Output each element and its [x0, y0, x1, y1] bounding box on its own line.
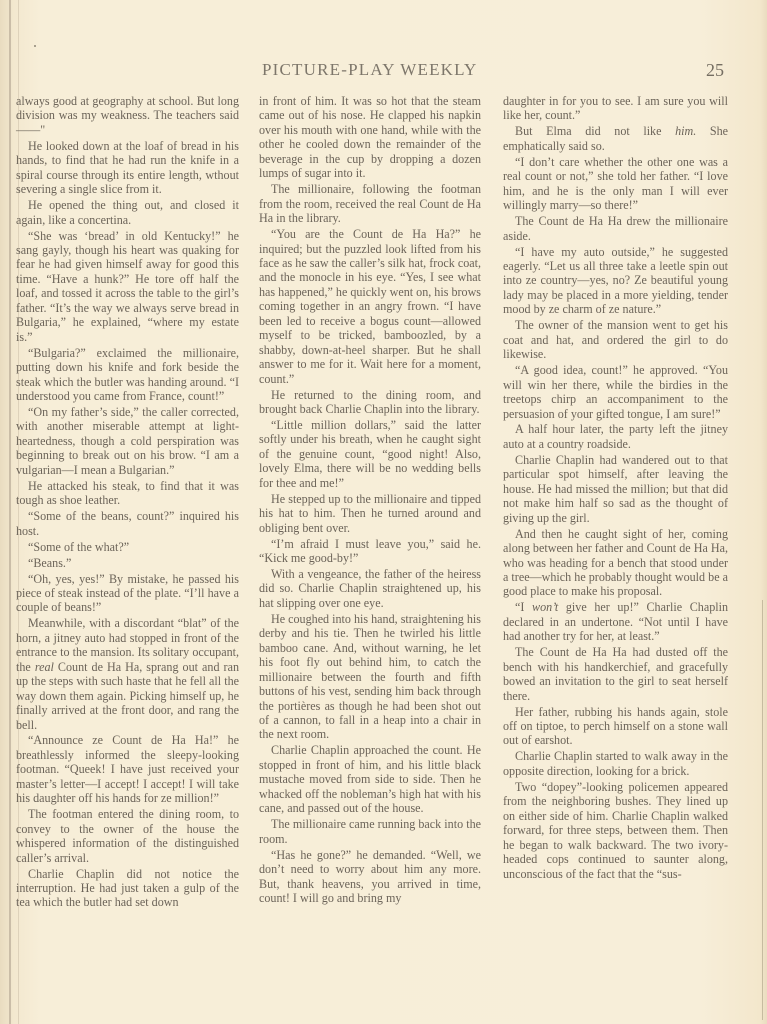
paragraph: “A good idea, count!” he approved. “You … — [503, 363, 728, 421]
paragraph: “Little million dollars,” said the latte… — [259, 418, 481, 490]
paragraph: He opened the thing out, and closed it a… — [16, 198, 239, 227]
paragraph: The millionaire came running back into t… — [259, 817, 481, 846]
paragraph: “On my father’s side,” the caller correc… — [16, 405, 239, 477]
paragraph: “Beans.” — [16, 556, 239, 570]
emphasis-text: him. — [675, 124, 696, 138]
paragraph-text: “I don’t care whether the other one was … — [503, 155, 728, 212]
paragraph: Two “dopey”-looking policemen appeared f… — [503, 780, 728, 881]
paragraph: “Oh, yes, yes!” By mistake, he passed hi… — [16, 572, 239, 615]
paragraph-text: But Elma did not like — [515, 124, 675, 138]
paragraph-text: daughter in for you to see. I am sure yo… — [503, 94, 728, 122]
paragraph: “Some of the beans, count?” inquired his… — [16, 509, 239, 538]
page-edge — [762, 600, 763, 1020]
print-speck — [34, 45, 36, 47]
paragraph: “I won’t give her up!” Charlie Chaplin d… — [503, 600, 728, 643]
paragraph-text: And then he caught sight of her, coming … — [503, 527, 728, 599]
paragraph: Her father, rubbing his hands again, sto… — [503, 705, 728, 748]
paragraph: With a vengeance, the father of the heir… — [259, 567, 481, 610]
paragraph-text: “Some of the what?” — [28, 540, 129, 554]
paragraph-text: He opened the thing out, and closed it a… — [16, 198, 239, 226]
paragraph-text: Charlie Chaplin approached the count. He… — [259, 743, 481, 815]
paragraph-text: He looked down at the loaf of bread in h… — [16, 139, 239, 196]
paragraph: He attacked his steak, to find that it w… — [16, 479, 239, 508]
paragraph-text: in front of him. It was so hot that the … — [259, 94, 481, 180]
binding-edge — [9, 0, 11, 1024]
paragraph-text: He stepped up to the millionaire and tip… — [259, 492, 481, 535]
paragraph: “She was ‘bread’ in old Kentucky!” he sa… — [16, 229, 239, 345]
paragraph: Charlie Chaplin started to walk away in … — [503, 749, 728, 778]
paragraph-text: The footman entered the dining room, to … — [16, 807, 239, 864]
paragraph: He stepped up to the millionaire and tip… — [259, 492, 481, 535]
paragraph-text: A half hour later, the party left the ji… — [503, 422, 728, 450]
paragraph: The Count de Ha Ha had dusted off the be… — [503, 645, 728, 703]
paragraph-text: Charlie Chaplin had wandered out to that… — [503, 453, 728, 525]
paragraph-text: Charlie Chaplin started to walk away in … — [503, 749, 728, 777]
paragraph: He returned to the dining room, and brou… — [259, 388, 481, 417]
paragraph-text: He returned to the dining room, and brou… — [259, 388, 481, 416]
paragraph-text: The Count de Ha Ha drew the millionaire … — [503, 214, 728, 242]
paragraph-text: “On my father’s side,” the caller correc… — [16, 405, 239, 477]
column-2: in front of him. It was so hot that the … — [259, 94, 481, 907]
paragraph-text: “Oh, yes, yes!” By mistake, he passed hi… — [16, 572, 239, 615]
paragraph: in front of him. It was so hot that the … — [259, 94, 481, 181]
paragraph: The footman entered the dining room, to … — [16, 807, 239, 865]
column-1: always good at geography at school. But … — [16, 94, 239, 911]
emphasis-text: won’t — [532, 600, 558, 614]
paragraph-text: The millionaire, following the footman f… — [259, 182, 481, 225]
paragraph-text: The millionaire came running back into t… — [259, 817, 481, 845]
paragraph: always good at geography at school. But … — [16, 94, 239, 137]
paragraph: The Count de Ha Ha drew the millionaire … — [503, 214, 728, 243]
paragraph: “I have my auto outside,” he suggested e… — [503, 245, 728, 317]
emphasis-text: real — [35, 660, 54, 674]
paragraph: “You are the Count de Ha Ha?” he inquire… — [259, 227, 481, 386]
paragraph-text: always good at geography at school. But … — [16, 94, 239, 137]
paragraph-text: “Little million dollars,” said the latte… — [259, 418, 481, 490]
paragraph-text: “Beans.” — [28, 556, 71, 570]
paragraph: The owner of the mansion went to get his… — [503, 318, 728, 361]
paragraph-text: “I’m afraid I must leave you,” said he. … — [259, 537, 481, 565]
paragraph-text: “Has he gone?” he demanded. “Well, we do… — [259, 848, 481, 905]
running-header: PICTURE-PLAY WEEKLY 25 — [0, 60, 767, 82]
page-number: 25 — [706, 60, 724, 81]
paragraph: Charlie Chaplin approached the count. He… — [259, 743, 481, 815]
paragraph: “I don’t care whether the other one was … — [503, 155, 728, 213]
paragraph-text: “Some of the beans, count?” inquired his… — [16, 509, 239, 537]
paragraph: But Elma did not like him. She emphatica… — [503, 124, 728, 153]
paragraph: “Announce ze Count de Ha Ha!” he breathl… — [16, 733, 239, 805]
paragraph-text: “I — [515, 600, 532, 614]
paragraph: And then he caught sight of her, coming … — [503, 527, 728, 599]
paragraph-text: Charlie Chaplin did not notice the inter… — [16, 867, 239, 910]
paragraph-text: He attacked his steak, to find that it w… — [16, 479, 239, 507]
paragraph: A half hour later, the party left the ji… — [503, 422, 728, 451]
paragraph: “Has he gone?” he demanded. “Well, we do… — [259, 848, 481, 906]
paragraph-text: Two “dopey”-looking policemen appeared f… — [503, 780, 728, 881]
paragraph-text: “She was ‘bread’ in old Kentucky!” he sa… — [16, 229, 239, 344]
paragraph-text: “You are the Count de Ha Ha?” he inquire… — [259, 227, 481, 386]
paragraph: Charlie Chaplin did not notice the inter… — [16, 867, 239, 910]
paragraph: He coughed into his hand, straightening … — [259, 612, 481, 742]
paragraph-text: The Count de Ha Ha had dusted off the be… — [503, 645, 728, 702]
paragraph-text: “Announce ze Count de Ha Ha!” he breathl… — [16, 733, 239, 805]
paragraph: “I’m afraid I must leave you,” said he. … — [259, 537, 481, 566]
paragraph-text: Her father, rubbing his hands again, sto… — [503, 705, 728, 748]
paragraph-text: With a vengeance, the father of the heir… — [259, 567, 481, 610]
paragraph-text: “A good idea, count!” he approved. “You … — [503, 363, 728, 420]
paragraph: The millionaire, following the footman f… — [259, 182, 481, 225]
paragraph: Meanwhile, with a discordant “blat” of t… — [16, 616, 239, 732]
paragraph: “Some of the what?” — [16, 540, 239, 554]
paragraph: daughter in for you to see. I am sure yo… — [503, 94, 728, 123]
running-title: PICTURE-PLAY WEEKLY — [262, 60, 478, 80]
paragraph-text: “I have my auto outside,” he suggested e… — [503, 245, 728, 317]
paragraph: Charlie Chaplin had wandered out to that… — [503, 453, 728, 525]
paragraph-text: The owner of the mansion went to get his… — [503, 318, 728, 361]
paragraph: He looked down at the loaf of bread in h… — [16, 139, 239, 197]
paragraph: “Bulgaria?” exclaimed the millionaire, p… — [16, 346, 239, 404]
paragraph-text: “Bulgaria?” exclaimed the millionaire, p… — [16, 346, 239, 403]
column-3: daughter in for you to see. I am sure yo… — [503, 94, 728, 883]
paragraph-text: He coughed into his hand, straightening … — [259, 612, 481, 742]
